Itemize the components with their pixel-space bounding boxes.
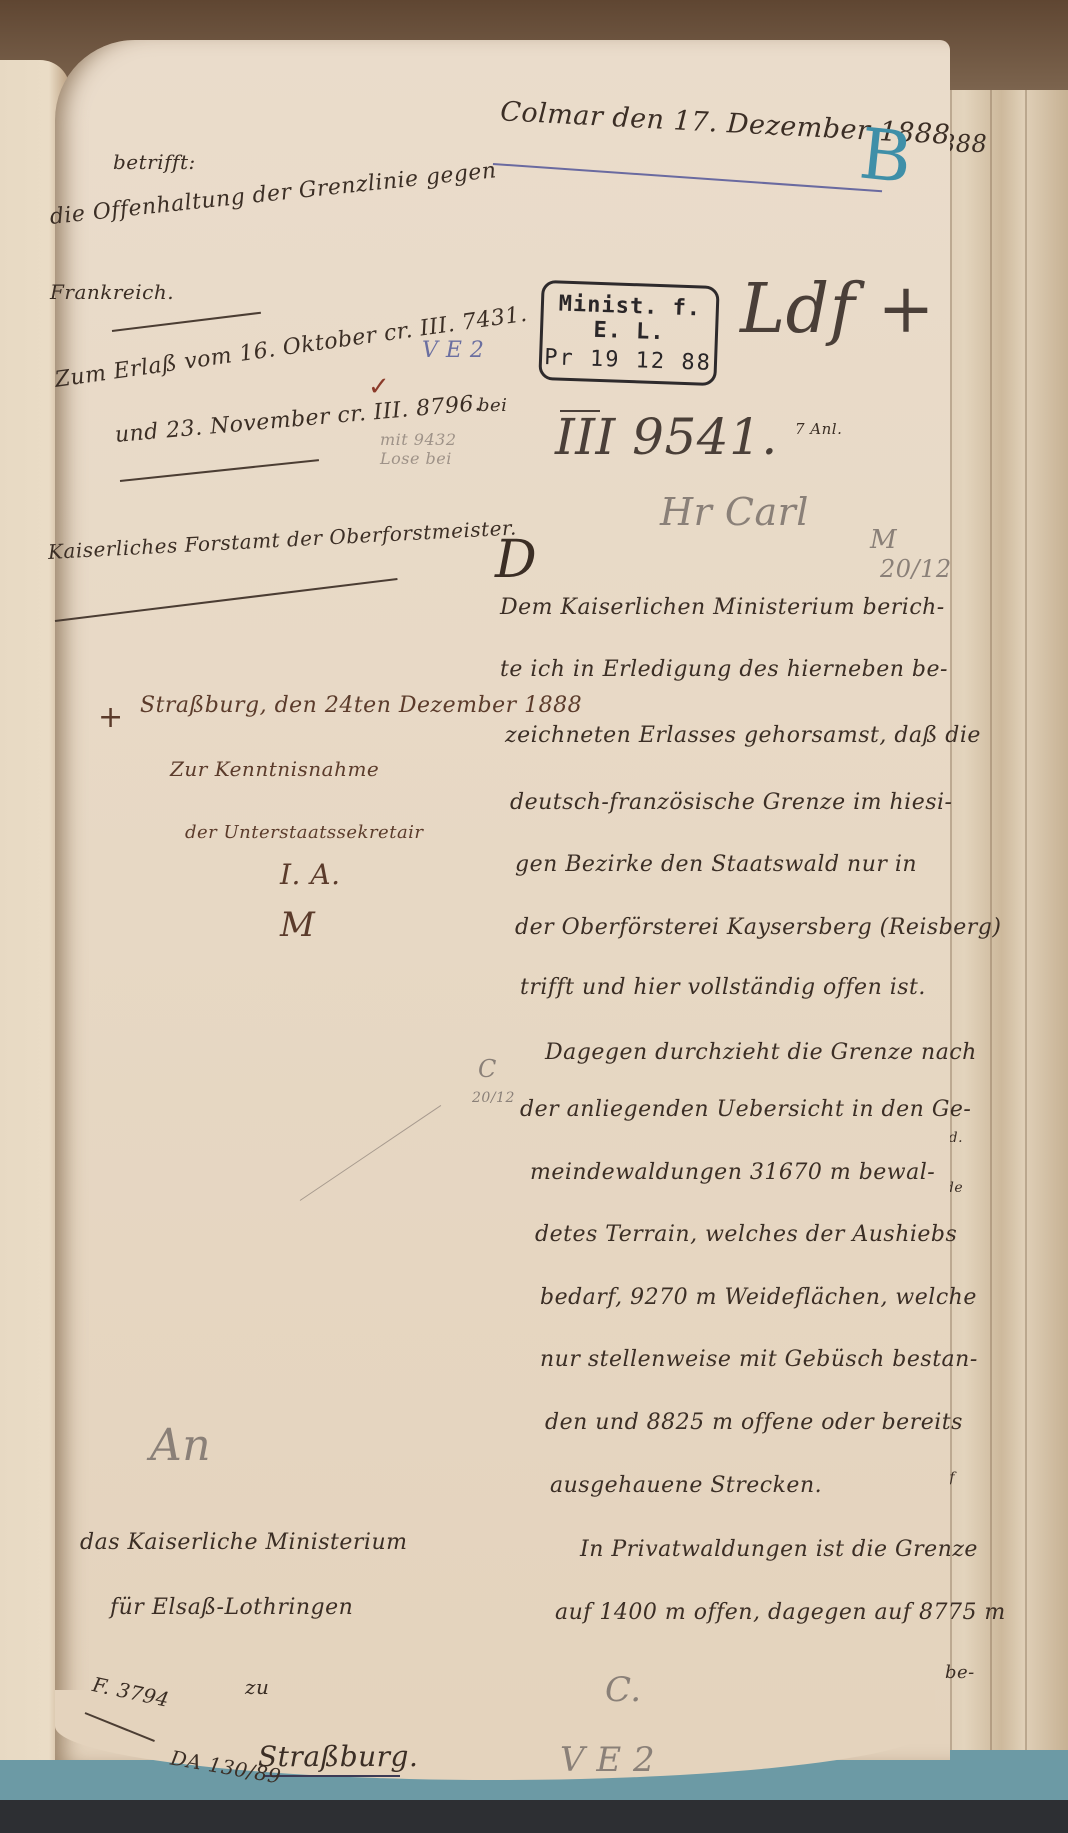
margin-pencil-c: C — [478, 1055, 497, 1083]
body-line: trifft und hier vollständig offen ist. — [520, 975, 926, 1000]
background-table-edge — [0, 1800, 1068, 1833]
body-line: auf 1400 m offen, dagegen auf 8775 m — [555, 1600, 1006, 1625]
address-line-2: für Elsaß-Lothringen — [110, 1595, 353, 1620]
red-checkmark-icon: ✓ — [368, 372, 390, 402]
body-line: meindewaldungen 31670 m bewal- — [530, 1160, 935, 1185]
annotation-line-2: Zur Kenntnisnahme — [170, 757, 379, 781]
pencil-bottom-ref: V E 2 — [560, 1740, 655, 1780]
address-zu: zu — [245, 1675, 269, 1699]
opening-initial: D — [495, 530, 537, 590]
body-line: detes Terrain, welches der Aushiebs — [535, 1222, 957, 1247]
stamp-ministry: Minist. f. E. L. — [543, 291, 717, 347]
body-line: den und 8825 m offene oder bereits — [545, 1410, 963, 1435]
body-line: bedarf, 9270 m Weideflächen, welche — [540, 1285, 977, 1310]
body-line: Dagegen durchzieht die Grenze nach — [545, 1040, 977, 1065]
margin-pencil-date: 20/12 — [472, 1090, 515, 1106]
stamp-date: Pr 19 12 88 — [542, 345, 715, 376]
initials-mark: Ldf + — [740, 270, 935, 349]
subject-line-2: Frankreich. — [50, 280, 174, 304]
catchword: be- — [945, 1662, 975, 1683]
annotation-place-date: Straßburg, den 24ten Dezember 1888 — [140, 693, 582, 718]
pencil-date: 20/12 — [880, 555, 952, 583]
pencil-assignee: Hr Carl — [660, 490, 809, 534]
blue-pencil-mark: B — [856, 113, 916, 200]
body-line: Dem Kaiserlichen Ministerium berich- — [500, 595, 945, 620]
body-line: In Privatwaldungen ist die Grenze — [580, 1537, 978, 1562]
journal-number: III 9541. — [555, 408, 778, 466]
body-line: der anliegenden Uebersicht in den Ge- — [520, 1097, 971, 1122]
body-line: te ich in Erledigung des hierneben be- — [500, 657, 948, 682]
body-line: der Oberförsterei Kaysersberg (Reisberg) — [515, 915, 1001, 940]
received-stamp: Minist. f. E. L. Pr 19 12 88 — [538, 280, 719, 386]
attachments-note: 7 Anl. — [795, 420, 842, 438]
pencil-initial: M — [870, 525, 897, 555]
city-underline — [265, 1775, 400, 1777]
body-line: deutsch-französische Grenze im hiesi- — [510, 790, 952, 815]
annotation-line-3: der Unterstaatssekretair — [185, 822, 424, 843]
address-line-1: das Kaiserliche Ministerium — [80, 1530, 407, 1555]
body-line: nur stellenweise mit Gebüsch bestan- — [540, 1347, 978, 1372]
reference-bei: bei — [478, 395, 507, 416]
plus-mark: + — [98, 700, 124, 735]
betrifft-label: betrifft: — [113, 150, 196, 174]
body-line: ausgehauene Strecken. — [550, 1473, 822, 1498]
body-line: zeichneten Erlasses gehorsamst, daß die — [505, 723, 981, 748]
pencil-bottom-mark: C. — [605, 1670, 642, 1710]
annotation-ia: I. A. — [280, 858, 340, 891]
address-an: An — [150, 1420, 211, 1471]
reference-correction: V E 2 — [422, 338, 484, 363]
reference-pencil-note: mit 9432 Lose bei — [380, 430, 480, 468]
annotation-signature: M — [280, 905, 315, 945]
body-line: gen Bezirke den Staatswald nur in — [515, 852, 917, 877]
